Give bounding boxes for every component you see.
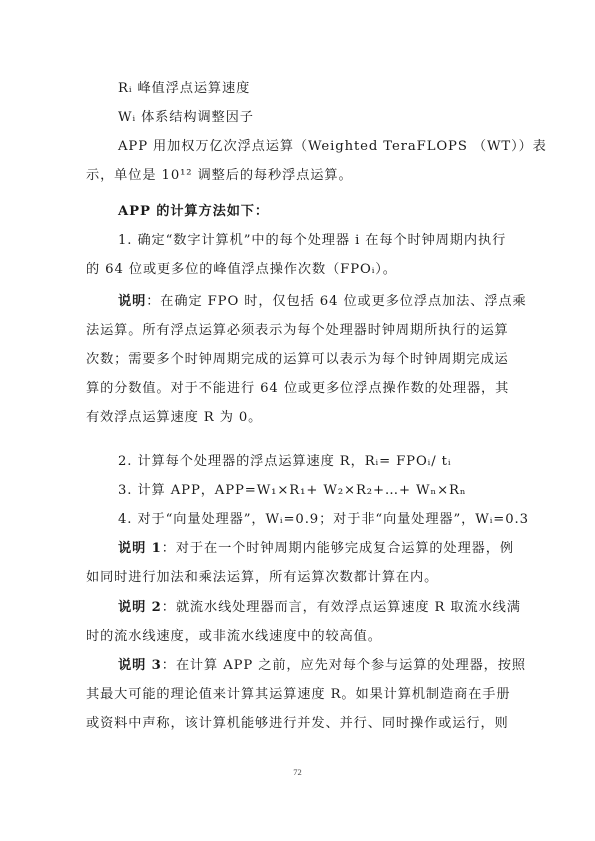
note-2-label: 说明 2 — [118, 600, 162, 615]
note-line2: 法运算。所有浮点运算必须表示为每个处理器时钟周期所执行的运算 — [86, 323, 508, 339]
note-2-text: ：就流水线处理器而言，有效浮点运算速度 R 取流水线满 — [162, 600, 521, 615]
note-1-text: ：对于在一个时钟周期内能够完成复合运算的处理器，例 — [162, 541, 514, 556]
note-3-label: 说明 3 — [118, 658, 162, 673]
paragraph-app-unit-line2: 示，单位是 10¹² 调整后的每秒浮点运算。 — [86, 168, 508, 184]
paragraph-app-unit-line1: APP 用加权万亿次浮点运算（Weighted TeraFLOPS （WT））表 — [118, 139, 508, 155]
step-3: 3. 计算 APP，APP=W₁×R₁+ W₂×R₂+…+ Wₙ×Rₙ — [118, 483, 508, 499]
document-page: Rᵢ 峰值浮点运算速度 Wᵢ 体系结构调整因子 APP 用加权万亿次浮点运算（W… — [0, 0, 595, 841]
page-number: 72 — [0, 767, 595, 777]
note-text: ：在确定 FPO 时，仅包括 64 位或更多位浮点加法、浮点乘 — [146, 294, 526, 309]
note-1-line1: 说明 1：对于在一个时钟周期内能够完成复合运算的处理器，例 — [118, 541, 508, 557]
definition-wi: Wᵢ 体系结构调整因子 — [118, 110, 508, 126]
note-3-text: ：在计算 APP 之前，应先对每个参与运算的处理器，按照 — [162, 658, 526, 673]
note-line4: 算的分数值。对于不能进行 64 位或更多位浮点操作数的处理器，其 — [86, 381, 508, 397]
note-label: 说明 — [118, 294, 146, 309]
note-2-line1: 说明 2：就流水线处理器而言，有效浮点运算速度 R 取流水线满 — [118, 600, 508, 616]
note-3-line3: 或资料中声称，该计算机能够进行并发、并行、同时操作或运行，则 — [86, 716, 508, 732]
note-1-line2: 如同时进行加法和乘法运算，所有运算次数都计算在内。 — [86, 570, 508, 586]
note-1-label: 说明 1 — [118, 541, 162, 556]
step-1-line1: 1. 确定“数字计算机”中的每个处理器 i 在每个时钟周期内执行 — [118, 233, 508, 249]
note-3-line2: 其最大可能的理论值来计算其运算速度 R。如果计算机制造商在手册 — [86, 687, 508, 703]
note-3-line1: 说明 3：在计算 APP 之前，应先对每个参与运算的处理器，按照 — [118, 658, 508, 674]
note-line1: 说明：在确定 FPO 时，仅包括 64 位或更多位浮点加法、浮点乘 — [118, 294, 508, 310]
definition-ri: Rᵢ 峰值浮点运算速度 — [118, 81, 508, 97]
note-line3: 次数；需要多个时钟周期完成的运算可以表示为每个时钟周期完成运 — [86, 352, 508, 368]
step-2: 2. 计算每个处理器的浮点运算速度 R，Rᵢ= FPOᵢ/ tᵢ — [118, 454, 508, 470]
step-4: 4. 对于“向量处理器”，Wᵢ=0.9；对于非“向量处理器”，Wᵢ=0.3 — [118, 512, 508, 528]
note-2-line2: 时的流水线速度，或非流水线速度中的较高值。 — [86, 629, 508, 645]
step-1-line2: 的 64 位或更多位的峰值浮点操作次数（FPOᵢ）。 — [86, 262, 508, 278]
section-heading-calculation-method: APP 的计算方法如下： — [118, 204, 508, 220]
note-line5: 有效浮点运算速度 R 为 0。 — [86, 410, 508, 426]
